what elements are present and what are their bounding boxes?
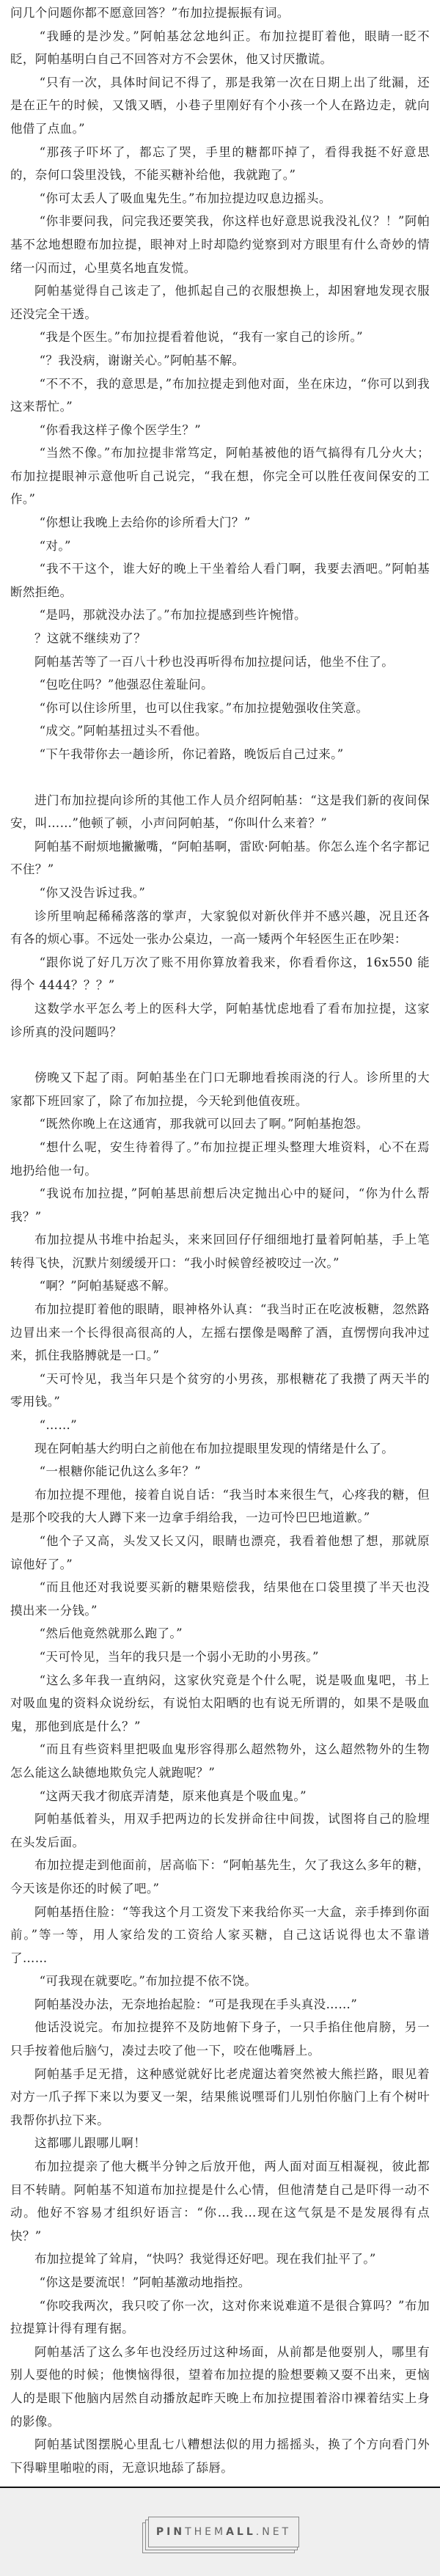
paragraph: “包吃住吗？”他强忍住羞耻问。 [10, 673, 430, 697]
paragraph: “……” [10, 1414, 430, 1437]
footer: PINTHEMALL.NET [0, 2487, 440, 2576]
paragraph: “你这是要流氓！”阿帕基激动地指控。 [10, 2271, 430, 2294]
paragraph: “一根糖你能记仇这么多年？” [10, 1460, 430, 1483]
paragraph: 布加拉提从书堆中抬起头，来来回回仔仔细细地打量着阿帕基，手上笔转得飞快，沉默片刻… [10, 1228, 430, 1274]
paragraph: 诊所里响起稀稀落落的掌声，大家貌似对新伙伴并不感兴趣，况且还各有各的烦心事。不远… [10, 905, 430, 951]
paragraph: “天可怜见，当年的我只是一个弱小无助的小男孩。” [10, 1645, 430, 1669]
paragraph: “你看我这样子像个医学生？” [10, 419, 430, 442]
paragraph: 阿帕基低着头，用双手把两边的长发拼命往中间拨，试图将自己的脸埋在头发后面。 [10, 1808, 430, 1854]
paragraph: 他话没说完。布加拉提猝不及防地俯下身子，一只手掐住他肩膀，另一只手按着他后脑勺，… [10, 2016, 430, 2062]
paragraph: “下午我带你去一趟诊所，你记着路，晚饭后自己过来。” [10, 743, 430, 766]
scene-break [10, 1043, 430, 1066]
paragraph: “这么多年我一直纳闷，这家伙究竟是个什么呢，说是吸血鬼吧，书上对吸血鬼的资料众说… [10, 1669, 430, 1739]
paragraph: “天可怜见，我当年只是个贫穷的小男孩，那根糖花了我攒了两天半的零用钱。” [10, 1368, 430, 1414]
paragraph: 这数学水平怎么考上的医科大学，阿帕基忧虑地看了看布加拉提，这家诊所真的没问题吗？ [10, 997, 430, 1043]
paragraph: 布加拉提耸了耸肩，“快吗？我觉得还好吧。现在我们扯平了。” [10, 2247, 430, 2271]
paragraph: “跟你说了好几万次了账不用你算放着我来，你看看你这，16x550 能得个 444… [10, 951, 430, 997]
paragraph: “那孩子吓坏了，都忘了哭，手里的糖都吓掉了，看得我挺不好意思的，奈何口袋里没钱，… [10, 141, 430, 187]
paragraph: 布加拉提不理他，接着自说自话：“我当时本来很生气，心疼我的糖，但是那个咬我的大人… [10, 1483, 430, 1530]
logo-text-them: THEM [185, 2526, 226, 2538]
paragraph: 阿帕基手足无措，这种感觉就好比老虎遛达着突然被大熊拦路，眼见着对方一爪子挥下来以… [10, 2063, 430, 2132]
site-logo[interactable]: PINTHEMALL.NET [142, 2517, 298, 2547]
paragraph: “成交。”阿帕基扭过头不看他。 [10, 719, 430, 743]
logo-text: PINTHEMALL.NET [156, 2526, 291, 2538]
paragraph: 布加拉提亲了他大概半分钟之后放开他，两人面对面互相凝视，彼此都目不转睛。阿帕基不… [10, 2155, 430, 2247]
paragraph: “而且有些资料里把吸血鬼形容得那么超然物外，这么超然物外的生物怎么能这么缺德地欺… [10, 1738, 430, 1784]
paragraph: 布加拉提盯着他的眼睛，眼神格外认真：“我当时正在吃波板糖，忽然路边冒出来一个长得… [10, 1298, 430, 1368]
paragraph: “我睡的是沙发。”阿帕基忿忿地纠正。布加拉提盯着他，眼睛一眨不眨，阿帕基明白自己… [10, 25, 430, 71]
paragraph: ？这就不继续劝了？ [10, 627, 430, 650]
paragraph: “而且他还对我说要买新的糖果赔偿我，结果他在口袋里摸了半天也没摸出来一分钱。” [10, 1576, 430, 1622]
paragraph: “既然你晚上在这通宵，那我就可以回去了啊。”阿帕基抱怨。 [10, 1112, 430, 1136]
paragraph: 阿帕基觉得自己该走了，他抓起自己的衣服想换上，却困窘地发现衣服还没完全干透。 [10, 279, 430, 326]
paragraph: 现在阿帕基大约明白之前他在布加拉提眼里发现的情绪是什么了。 [10, 1437, 430, 1461]
paragraph: “你可以住诊所里，也可以住我家。”布加拉提勉强收住笑意。 [10, 697, 430, 720]
paragraph: 布加拉提走到他面前，居高临下：“阿帕基先生，欠了我这么多年的糖，今天该是你还的时… [10, 1854, 430, 1900]
paragraph: “我不干这个，谁大好的晚上干坐着给人看门啊，我要去酒吧。”阿帕基断然拒绝。 [10, 557, 430, 603]
paragraph: “啊？”阿帕基疑惑不解。 [10, 1274, 430, 1298]
paragraph: “他个子又高，头发又长又闪，眼睛也漂亮，我看着他想了想，那就原谅他好了。” [10, 1530, 430, 1576]
paragraph: 阿帕基捂住脸：“等我这个月工资发下来我给你买一大盒，亲手捧到你面前。”等一等，用… [10, 1901, 430, 1970]
paragraph: “你想让我晚上去给你的诊所看大门？” [10, 511, 430, 535]
paragraph: “只有一次，具体时间记不得了，那是我第一次在日期上出了纰漏，还是在正午的时候，又… [10, 71, 430, 141]
paragraph: “当然不像。”布加拉提非常笃定，阿帕基被他的语气搞得有几分火大；布加拉提眼神示意… [10, 441, 430, 511]
paragraph: 问几个问题你都不愿意回答？”布加拉提振振有词。 [10, 1, 430, 25]
article-body: 问几个问题你都不愿意回答？”布加拉提振振有词。“我睡的是沙发。”阿帕基忿忿地纠正… [0, 0, 440, 2487]
paragraph: 傍晚又下起了雨。阿帕基坐在门口无聊地看挨雨浇的行人。诊所里的大家都下班回家了，除… [10, 1066, 430, 1112]
logo-text-net: .NET [256, 2526, 291, 2538]
paragraph: “？我没病，谢谢关心。”阿帕基不解。 [10, 349, 430, 373]
logo-text-all: ALL [226, 2526, 256, 2538]
paragraph: “这两天我才彻底弄清楚，原来他真是个吸血鬼。” [10, 1785, 430, 1808]
paragraph: 这都哪儿跟哪儿啊！ [10, 2132, 430, 2155]
paragraph: “然后他竟然就那么跑了。” [10, 1622, 430, 1645]
paragraph: “你可太丢人了吸血鬼先生。”布加拉提边叹息边摇头。 [10, 187, 430, 210]
paragraph: 进门布加拉提向诊所的其他工作人员介绍阿帕基：“这是我们新的夜间保安，叫……”他顿… [10, 789, 430, 835]
paragraph: “我说布加拉提，”阿帕基思前想后决定抛出心中的疑问，“你为什么帮我？” [10, 1182, 430, 1228]
logo-frame: PINTHEMALL.NET [148, 2517, 299, 2547]
paragraph: 阿帕基没办法，无奈地抬起脸：“可是我现在手头真没……” [10, 1993, 430, 2017]
paragraph: “你咬我两次，我只咬了你一次，这对你来说难道不是很合算吗？”布加拉提算计得有理有… [10, 2294, 430, 2341]
paragraph: “我是个医生。”布加拉提看着他说，“我有一家自己的诊所。” [10, 326, 430, 349]
paragraph: 阿帕基活了这么多年也没经历过这种场面，从前都是他耍别人，哪里有别人耍他的时候；他… [10, 2341, 430, 2433]
paragraph: “不不不，我的意思是，”布加拉提走到他对面，坐在床边，“你可以到我这来帮忙。” [10, 373, 430, 419]
scene-break [10, 766, 430, 789]
paragraph: 阿帕基苦等了一百八十秒也没再听得布加拉提问话，他坐不住了。 [10, 650, 430, 674]
logo-text-pin: PIN [156, 2526, 185, 2538]
paragraph: “可我现在就要吃。”布加拉提不依不饶。 [10, 1970, 430, 1993]
paragraph: “你又没告诉过我。” [10, 881, 430, 905]
paragraph: “想什么呢，安生待着得了。”布加拉提正埋头整理大堆资料，心不在焉地扔给他一句。 [10, 1136, 430, 1182]
paragraph: “你非要问我，问完我还要笑我，你这样也好意思说我没礼仪？！”阿帕基不忿地想瞪布加… [10, 210, 430, 279]
paragraph: 阿帕基不耐烦地撇撇嘴，“阿帕基啊，雷欧·阿帕基。你怎么连个名字都记不住？” [10, 835, 430, 881]
paragraph: 阿帕基试图摆脱心里乱七八糟想法似的用力摇摇头，换了个方向看门外下得噼里啪啦的雨，… [10, 2433, 430, 2479]
paragraph: “是吗，那就没办法了。”布加拉提感到些许惋惜。 [10, 603, 430, 627]
paragraph: “对。” [10, 535, 430, 558]
